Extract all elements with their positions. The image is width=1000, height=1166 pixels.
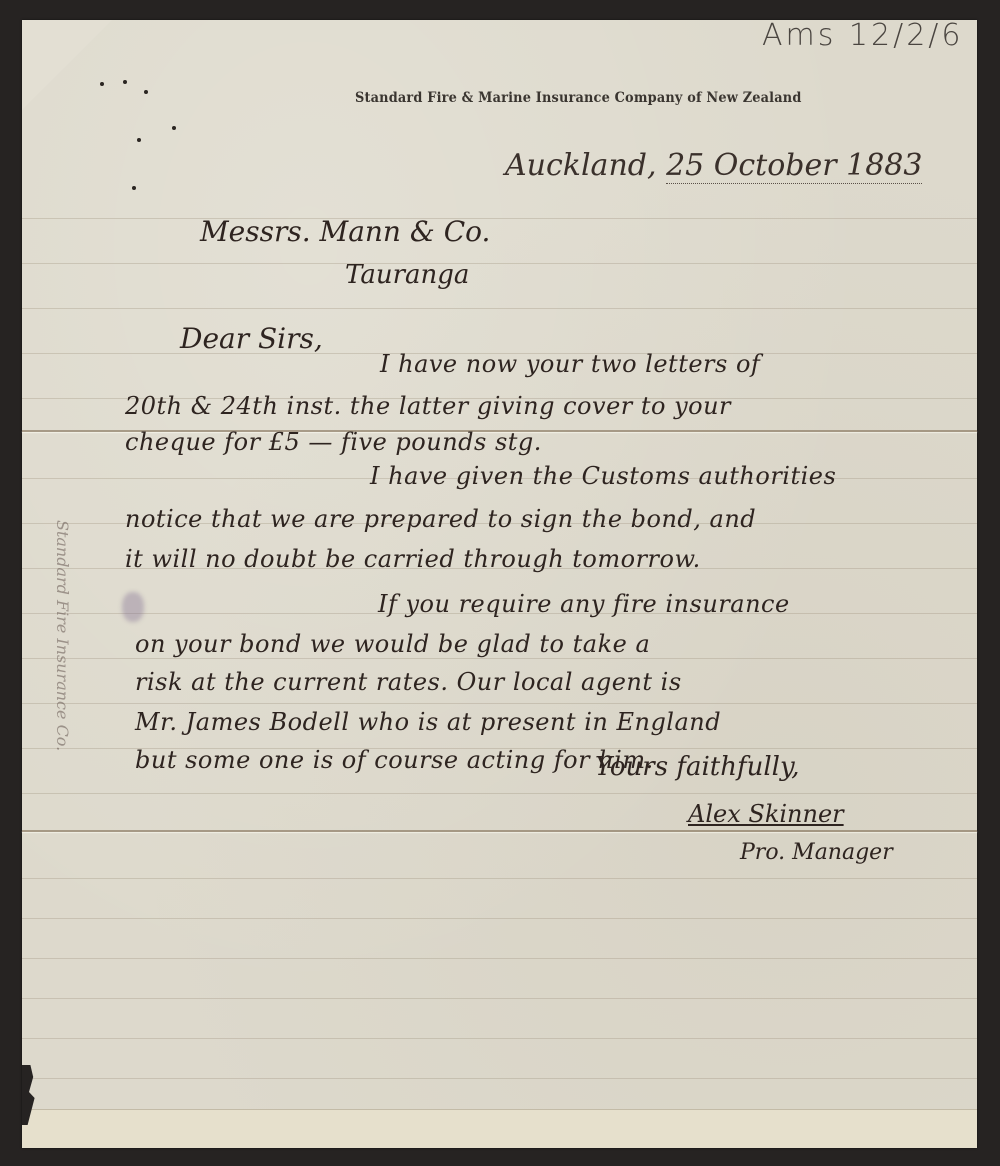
body-line: but some one is of course acting for him…: [135, 746, 654, 774]
body-line: cheque for £5 — five pounds stg.: [125, 428, 542, 456]
ruled-line: [22, 998, 977, 999]
pin-hole: [172, 126, 176, 130]
date: 25 October 1883: [666, 148, 922, 184]
body-line: I have now your two letters of: [380, 350, 760, 378]
margin-note: Standard Fire Insurance Co.: [53, 520, 72, 751]
pin-hole: [132, 186, 136, 190]
closing: Yours faithfully,: [595, 752, 799, 782]
body-line: I have given the Customs authorities: [370, 462, 836, 490]
ruled-line: [22, 958, 977, 959]
ruled-line: [22, 878, 977, 879]
signature-title: Pro. Manager: [740, 840, 893, 865]
paper-bottom-strip: [22, 1109, 977, 1148]
ruled-line: [22, 1078, 977, 1079]
ink-stain: [122, 592, 144, 622]
body-line: notice that we are prepared to sign the …: [125, 505, 756, 533]
place-date: Auckland, 25 October 1883: [505, 148, 922, 183]
signature: Alex Skinner: [688, 800, 844, 828]
addressee-name: Messrs. Mann & Co.: [200, 215, 490, 248]
place: Auckland,: [505, 148, 657, 183]
ruled-line: [22, 218, 977, 219]
body-line: 20th & 24th inst. the latter giving cove…: [125, 392, 731, 420]
body-line: risk at the current rates. Our local age…: [135, 668, 682, 696]
salutation: Dear Sirs,: [180, 322, 323, 355]
body-line: on your bond we would be glad to take a: [135, 630, 650, 658]
body-line: it will no doubt be carried through tomo…: [125, 545, 701, 573]
pin-hole: [144, 90, 148, 94]
ruled-line: [22, 703, 977, 704]
ruled-line: [22, 918, 977, 919]
pin-hole: [123, 80, 127, 84]
body-line: Mr. James Bodell who is at present in En…: [135, 708, 721, 736]
paper-fold: [22, 830, 977, 832]
body-line: If you require any fire insurance: [378, 590, 790, 618]
archive-reference: Ams 12/2/6: [762, 18, 963, 53]
ruled-line: [22, 1038, 977, 1039]
letter-paper: [22, 20, 977, 1148]
pin-hole: [137, 138, 141, 142]
corner-fold: [22, 20, 112, 110]
letterhead: Standard Fire & Marine Insurance Company…: [355, 90, 802, 106]
addressee-place: Tauranga: [345, 260, 469, 290]
ruled-line: [22, 658, 977, 659]
pin-hole: [100, 82, 104, 86]
ruled-line: [22, 793, 977, 794]
ruled-line: [22, 263, 977, 264]
ruled-line: [22, 308, 977, 309]
